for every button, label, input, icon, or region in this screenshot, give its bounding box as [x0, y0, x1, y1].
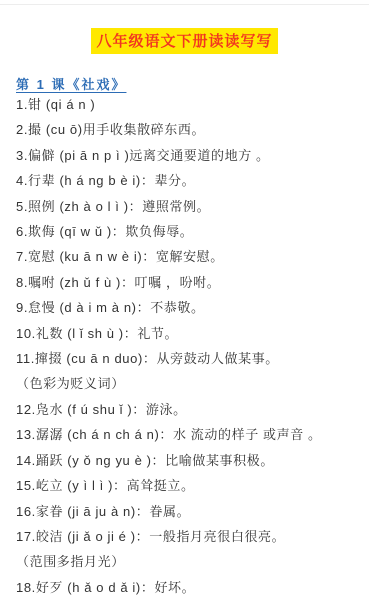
vocab-line: 12.凫水 (f ú shu ǐ )：游泳。 [16, 397, 363, 422]
lesson-heading: 第 1 课《社戏》 [16, 74, 126, 93]
vocab-line: 11.撺掇 (cu ā n duo)：从旁鼓动人做某事。 [16, 346, 363, 371]
vocab-line: 13.潺潺 (ch á n ch á n)：水 流动的样子 或声音 。 [16, 422, 363, 447]
vocab-line: 18.好歹 (h ǎ o d ǎ i)：好坏。 [16, 575, 363, 600]
vocab-line: 4.行辈 (h á ng b è i)：辈分。 [16, 168, 363, 193]
vocab-line: 5.照例 (zh à o l ì )：遵照常例。 [16, 194, 363, 219]
vocab-note: （范围多指月光） [16, 549, 363, 574]
vocab-line: 2.撮 (cu ō)用手收集散碎东西。 [16, 117, 363, 142]
vocab-line: 7.宽慰 (ku ā n w è i)：宽解安慰。 [16, 244, 363, 269]
vocab-line: 6.欺侮 (qī w ǔ )：欺负侮辱。 [16, 219, 363, 244]
vocab-line: 15.屹立 (y ì l ì )：高耸挺立。 [16, 473, 363, 498]
vocab-line: 10.礼数 (l ǐ sh ù )：礼节。 [16, 321, 363, 346]
vocab-line: 1.钳 (qi á n ) [16, 92, 363, 117]
title-row: 八年级语文下册读读写写 [0, 28, 369, 54]
vocab-line: 14.踊跃 (y ǒ ng yu è )：比喻做某事积极。 [16, 448, 363, 473]
vocab-list: 1.钳 (qi á n ) 2.撮 (cu ō)用手收集散碎东西。 3.偏僻 (… [16, 92, 363, 600]
top-divider [0, 4, 369, 5]
page-title: 八年级语文下册读读写写 [91, 28, 277, 54]
vocab-note: （色彩为贬义词） [16, 371, 363, 396]
vocab-line: 3.偏僻 (pi ā n p ì )远离交通要道的地方 。 [16, 143, 363, 168]
vocab-line: 17.皎洁 (ji ǎ o ji é )：一般指月亮很白很亮。 [16, 524, 363, 549]
vocab-line: 8.嘱咐 (zh ǔ f ù )：叮嘱 ，吩咐。 [16, 270, 363, 295]
vocab-line: 9.怠慢 (d à i m à n)：不恭敬。 [16, 295, 363, 320]
vocab-line: 16.家眷 (ji ā ju à n)：眷属。 [16, 499, 363, 524]
document-page: 八年级语文下册读读写写 第 1 课《社戏》 1.钳 (qi á n ) 2.撮 … [0, 0, 369, 600]
